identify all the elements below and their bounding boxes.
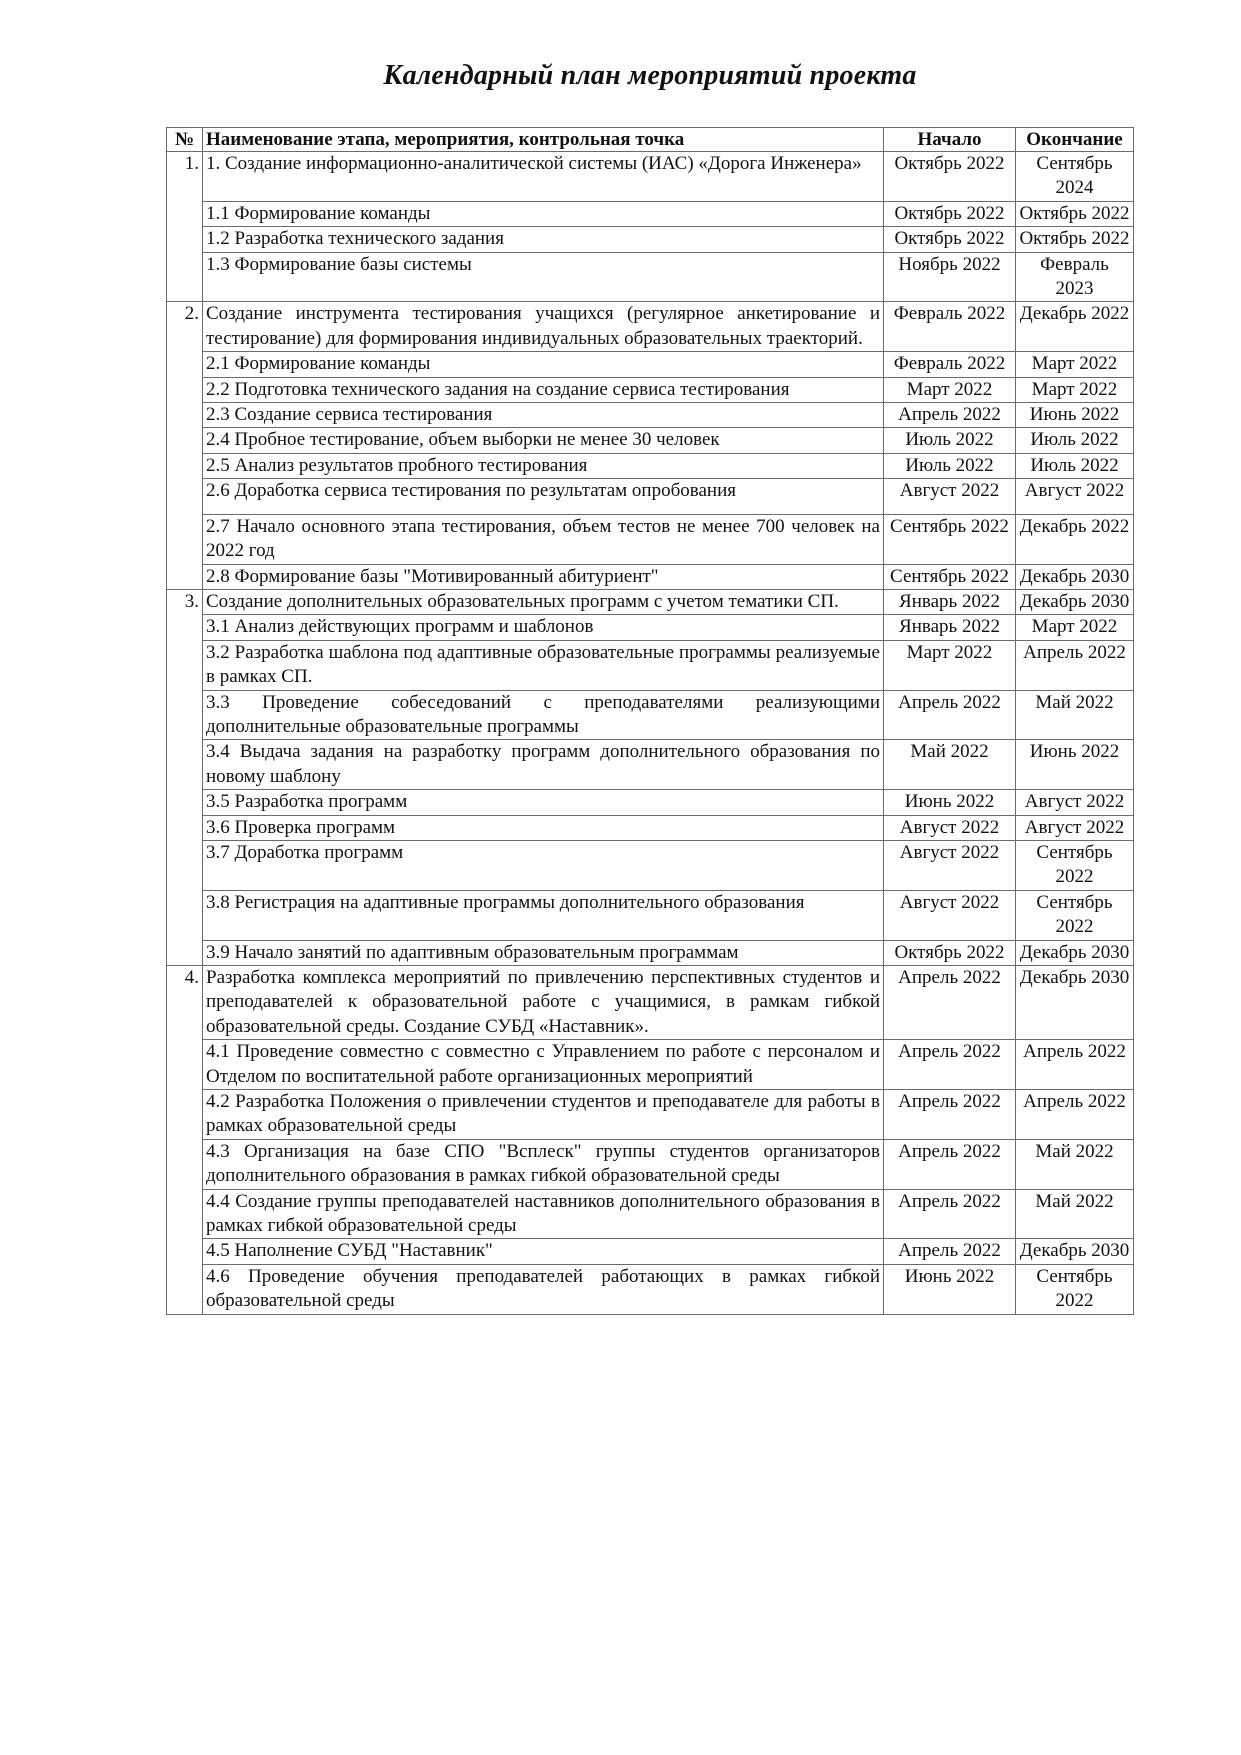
activity-name: 4.1 Проведение совместно с совместно с У… <box>203 1040 884 1090</box>
end-date: Март 2022 <box>1016 615 1134 640</box>
activity-name: 2.1 Формирование команды <box>203 352 884 377</box>
start-date: Июль 2022 <box>884 453 1016 478</box>
start-date: Август 2022 <box>884 479 1016 514</box>
section-number: 3. <box>167 589 203 965</box>
table-row: 4.5 Наполнение СУБД "Наставник"Апрель 20… <box>167 1239 1134 1264</box>
end-date: Сентябрь 2022 <box>1016 840 1134 890</box>
activity-name: 3.3 Проведение собеседований с преподава… <box>203 690 884 740</box>
table-row: 3.6 Проверка программАвгуст 2022Август 2… <box>167 815 1134 840</box>
project-schedule-table: № Наименование этапа, мероприятия, контр… <box>166 127 1134 1315</box>
start-date: Январь 2022 <box>884 589 1016 614</box>
table-row: 3.7 Доработка программАвгуст 2022Сентябр… <box>167 840 1134 890</box>
activity-name: 2.5 Анализ результатов пробного тестиров… <box>203 453 884 478</box>
activity-name: Создание инструмента тестирования учащих… <box>203 302 884 352</box>
table-row: 3.1 Анализ действующих программ и шаблон… <box>167 615 1134 640</box>
section-row: 2.Создание инструмента тестирования учащ… <box>167 302 1134 352</box>
start-date: Апрель 2022 <box>884 690 1016 740</box>
table-row: 2.6 Доработка сервиса тестирования по ре… <box>167 479 1134 514</box>
end-date: Май 2022 <box>1016 1189 1134 1239</box>
table-row: 2.8 Формирование базы "Мотивированный аб… <box>167 564 1134 589</box>
end-date: Февраль 2023 <box>1016 252 1134 302</box>
table-row: 1.3 Формирование базы системыНоябрь 2022… <box>167 252 1134 302</box>
activity-name: 2.6 Доработка сервиса тестирования по ре… <box>203 479 884 514</box>
table-row: 2.1 Формирование командыФевраль 2022Март… <box>167 352 1134 377</box>
start-date: Апрель 2022 <box>884 403 1016 428</box>
activity-name: 4.5 Наполнение СУБД "Наставник" <box>203 1239 884 1264</box>
start-date: Июнь 2022 <box>884 1264 1016 1314</box>
activity-name: 1.1 Формирование команды <box>203 201 884 226</box>
start-date: Октябрь 2022 <box>884 227 1016 252</box>
activity-name: Создание дополнительных образовательных … <box>203 589 884 614</box>
end-date: Декабрь 2022 <box>1016 514 1134 564</box>
end-date: Июнь 2022 <box>1016 403 1134 428</box>
end-date: Декабрь 2030 <box>1016 589 1134 614</box>
table-header-row: № Наименование этапа, мероприятия, контр… <box>167 128 1134 152</box>
activity-name: 3.2 Разработка шаблона под адаптивные об… <box>203 640 884 690</box>
end-date: Сентябрь 2022 <box>1016 1264 1134 1314</box>
table-row: 2.4 Пробное тестирование, объем выборки … <box>167 428 1134 453</box>
end-date: Август 2022 <box>1016 790 1134 815</box>
activity-name: 3.7 Доработка программ <box>203 840 884 890</box>
table-row: 3.4 Выдача задания на разработку програм… <box>167 740 1134 790</box>
start-date: Октябрь 2022 <box>884 152 1016 202</box>
table-row: 1.2 Разработка технического заданияОктяб… <box>167 227 1134 252</box>
end-date: Июнь 2022 <box>1016 740 1134 790</box>
end-date: Сентябрь 2024 <box>1016 152 1134 202</box>
end-date: Август 2022 <box>1016 815 1134 840</box>
start-date: Август 2022 <box>884 815 1016 840</box>
section-number: 1. <box>167 152 203 302</box>
end-date: Июль 2022 <box>1016 428 1134 453</box>
start-date: Апрель 2022 <box>884 1239 1016 1264</box>
activity-name: 4.4 Создание группы преподавателей наста… <box>203 1189 884 1239</box>
activity-name: 3.5 Разработка программ <box>203 790 884 815</box>
start-date: Январь 2022 <box>884 615 1016 640</box>
table-row: 3.3 Проведение собеседований с преподава… <box>167 690 1134 740</box>
end-date: Август 2022 <box>1016 479 1134 514</box>
start-date: Апрель 2022 <box>884 1139 1016 1189</box>
end-date: Декабрь 2022 <box>1016 302 1134 352</box>
end-date: Апрель 2022 <box>1016 1040 1134 1090</box>
activity-name: 2.7 Начало основного этапа тестирования,… <box>203 514 884 564</box>
table-row: 4.4 Создание группы преподавателей наста… <box>167 1189 1134 1239</box>
start-date: Июнь 2022 <box>884 790 1016 815</box>
end-date: Октябрь 2022 <box>1016 227 1134 252</box>
start-date: Апрель 2022 <box>884 1189 1016 1239</box>
end-date: Декабрь 2030 <box>1016 564 1134 589</box>
activity-name: 1.3 Формирование базы системы <box>203 252 884 302</box>
end-date: Март 2022 <box>1016 352 1134 377</box>
table-row: 4.3 Организация на базе СПО "Всплеск" гр… <box>167 1139 1134 1189</box>
end-date: Март 2022 <box>1016 377 1134 402</box>
table-row: 3.5 Разработка программИюнь 2022Август 2… <box>167 790 1134 815</box>
activity-name: 2.3 Создание сервиса тестирования <box>203 403 884 428</box>
start-date: Ноябрь 2022 <box>884 252 1016 302</box>
start-date: Февраль 2022 <box>884 302 1016 352</box>
table-body: 1.1. Создание информационно-аналитическо… <box>167 152 1134 1315</box>
table-row: 1.1 Формирование командыОктябрь 2022Октя… <box>167 201 1134 226</box>
start-date: Август 2022 <box>884 840 1016 890</box>
start-date: Апрель 2022 <box>884 1040 1016 1090</box>
header-name: Наименование этапа, мероприятия, контрол… <box>203 128 884 152</box>
table-row: 3.9 Начало занятий по адаптивным образов… <box>167 940 1134 965</box>
activity-name: 3.9 Начало занятий по адаптивным образов… <box>203 940 884 965</box>
header-number: № <box>167 128 203 152</box>
activity-name: 4.2 Разработка Положения о привлечении с… <box>203 1090 884 1140</box>
table-row: 2.2 Подготовка технического задания на с… <box>167 377 1134 402</box>
section-number: 2. <box>167 302 203 589</box>
section-row: 1.1. Создание информационно-аналитическо… <box>167 152 1134 202</box>
activity-name: 4.3 Организация на базе СПО "Всплеск" гр… <box>203 1139 884 1189</box>
start-date: Июль 2022 <box>884 428 1016 453</box>
start-date: Сентябрь 2022 <box>884 514 1016 564</box>
start-date: Август 2022 <box>884 890 1016 940</box>
end-date: Октябрь 2022 <box>1016 201 1134 226</box>
section-row: 4.Разработка комплекса мероприятий по пр… <box>167 966 1134 1040</box>
end-date: Декабрь 2030 <box>1016 966 1134 1040</box>
start-date: Май 2022 <box>884 740 1016 790</box>
start-date: Апрель 2022 <box>884 966 1016 1040</box>
activity-name: 3.1 Анализ действующих программ и шаблон… <box>203 615 884 640</box>
table-row: 2.3 Создание сервиса тестированияАпрель … <box>167 403 1134 428</box>
table-row: 4.1 Проведение совместно с совместно с У… <box>167 1040 1134 1090</box>
activity-name: 1.2 Разработка технического задания <box>203 227 884 252</box>
activity-name: 3.6 Проверка программ <box>203 815 884 840</box>
end-date: Май 2022 <box>1016 690 1134 740</box>
header-start: Начало <box>884 128 1016 152</box>
start-date: Февраль 2022 <box>884 352 1016 377</box>
section-row: 3.Создание дополнительных образовательны… <box>167 589 1134 614</box>
activity-name: Разработка комплекса мероприятий по прив… <box>203 966 884 1040</box>
activity-name: 1. Создание информационно-аналитической … <box>203 152 884 202</box>
activity-name: 3.4 Выдача задания на разработку програм… <box>203 740 884 790</box>
table-row: 3.8 Регистрация на адаптивные программы … <box>167 890 1134 940</box>
start-date: Апрель 2022 <box>884 1090 1016 1140</box>
end-date: Сентябрь 2022 <box>1016 890 1134 940</box>
end-date: Декабрь 2030 <box>1016 940 1134 965</box>
document-title: Календарный план мероприятий проекта <box>0 60 1241 92</box>
table-row: 4.6 Проведение обучения преподавателей р… <box>167 1264 1134 1314</box>
end-date: Июль 2022 <box>1016 453 1134 478</box>
section-number: 4. <box>167 966 203 1315</box>
header-end: Окончание <box>1016 128 1134 152</box>
activity-name: 2.8 Формирование базы "Мотивированный аб… <box>203 564 884 589</box>
activity-name: 3.8 Регистрация на адаптивные программы … <box>203 890 884 940</box>
end-date: Декабрь 2030 <box>1016 1239 1134 1264</box>
end-date: Апрель 2022 <box>1016 640 1134 690</box>
table-row: 2.5 Анализ результатов пробного тестиров… <box>167 453 1134 478</box>
table-row: 3.2 Разработка шаблона под адаптивные об… <box>167 640 1134 690</box>
start-date: Сентябрь 2022 <box>884 564 1016 589</box>
activity-name: 4.6 Проведение обучения преподавателей р… <box>203 1264 884 1314</box>
start-date: Март 2022 <box>884 377 1016 402</box>
start-date: Март 2022 <box>884 640 1016 690</box>
activity-name: 2.4 Пробное тестирование, объем выборки … <box>203 428 884 453</box>
start-date: Октябрь 2022 <box>884 201 1016 226</box>
table-row: 4.2 Разработка Положения о привлечении с… <box>167 1090 1134 1140</box>
end-date: Май 2022 <box>1016 1139 1134 1189</box>
end-date: Апрель 2022 <box>1016 1090 1134 1140</box>
start-date: Октябрь 2022 <box>884 940 1016 965</box>
activity-name: 2.2 Подготовка технического задания на с… <box>203 377 884 402</box>
table-row: 2.7 Начало основного этапа тестирования,… <box>167 514 1134 564</box>
